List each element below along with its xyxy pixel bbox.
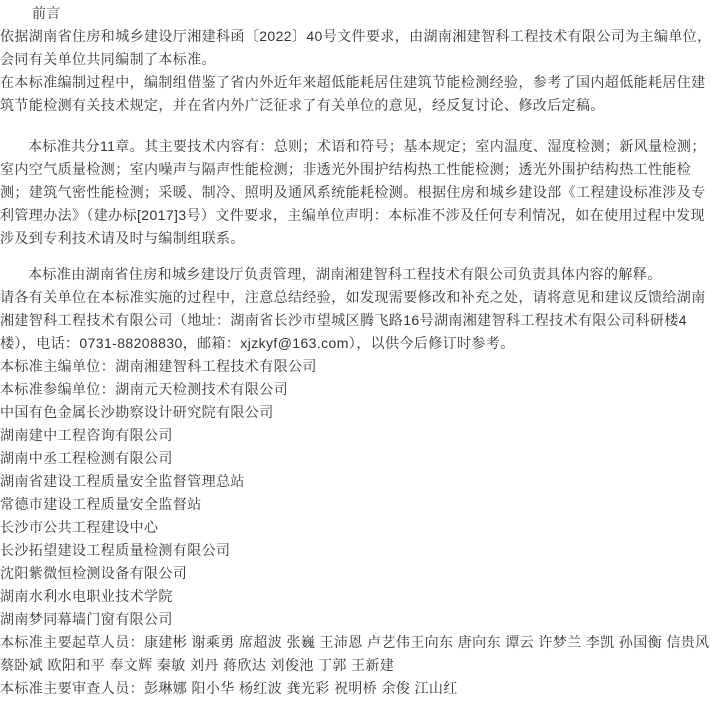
participating-unit-line: 长沙市公共工程建设中心	[0, 516, 718, 539]
participating-unit-line: 常德市建设工程质量安全监督站	[0, 493, 718, 516]
paragraph-issuance: 依据湖南省住房和城乡建设厅湘建科函〔2022〕40号文件要求，由湖南湘建智科工程…	[0, 25, 718, 71]
participating-unit-line: 沈阳紫微恒检测设备有限公司	[0, 562, 718, 585]
paragraph-feedback-contact: 请各有关单位在本标准实施的过程中，注意总结经验，如发现需要修改和补充之处，请将意…	[0, 286, 718, 355]
participating-unit-line: 湖南省建设工程质量安全监督管理总站	[0, 470, 718, 493]
participating-unit-line: 湖南中丞工程检测有限公司	[0, 447, 718, 470]
participating-unit-line: 湖南建中工程咨询有限公司	[0, 424, 718, 447]
paragraph-drafting-process: 在本标准编制过程中，编制组借鉴了省内外近年来超低能耗居住建筑节能检测经验，参考了…	[0, 71, 718, 117]
chief-editor-unit-line: 本标准主编单位：湖南湘建智科工程技术有限公司	[0, 355, 718, 378]
drafters-line: 本标准主要起草人员：康建彬 谢乘勇 席超波 张巍 王沛恩 卢艺伟王向东 唐向东 …	[0, 631, 718, 677]
participating-unit-line: 长沙拓望建设工程质量检测有限公司	[0, 539, 718, 562]
participating-unit-line: 本标准参编单位：湖南元天检测技术有限公司	[0, 378, 718, 401]
paragraph-chapters-and-patent: 本标准共分11章。其主要技术内容有：总则；术语和符号；基本规定；室内温度、湿度检…	[0, 135, 718, 250]
participating-unit-line: 湖南梦同幕墙门窗有限公司	[0, 608, 718, 631]
reviewers-line: 本标准主要审查人员：彭琳娜 阳小华 杨红波 龚光彩 祝明桥 余俊 江山红	[0, 677, 718, 700]
participating-unit-line: 湖南水利水电职业技术学院	[0, 585, 718, 608]
paragraph-management: 本标准由湖南省住房和城乡建设厅负责管理，湖南湘建智科工程技术有限公司负责具体内容…	[0, 263, 718, 286]
participating-unit-line: 中国有色金属长沙勘察设计研究院有限公司	[0, 401, 718, 424]
page-title: 前言	[0, 2, 718, 25]
standard-preface-document: 前言 依据湖南省住房和城乡建设厅湘建科函〔2022〕40号文件要求，由湖南湘建智…	[0, 0, 718, 700]
